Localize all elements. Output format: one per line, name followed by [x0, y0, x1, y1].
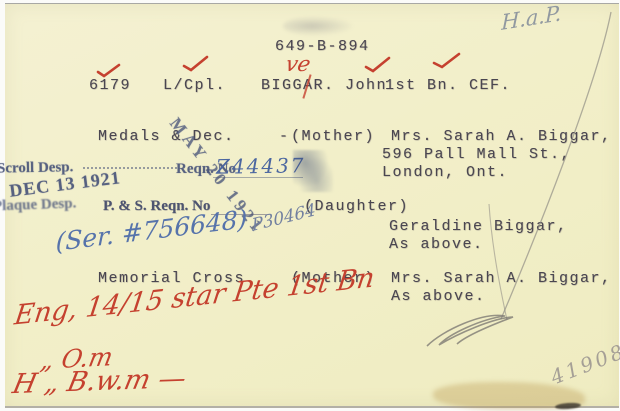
red-checkmark-icon: [431, 51, 463, 70]
red-checkmark-icon: [363, 55, 393, 74]
recipient-name-line: As above.: [391, 288, 486, 305]
recipient-address-line: London, Ont.: [382, 164, 508, 181]
medals-label: Medals & Dec.: [98, 128, 235, 145]
unit: 1st Bn. CEF.: [385, 77, 511, 94]
recipient-name-line: Geraldine Biggar,: [389, 218, 568, 235]
relation-label-mother: (Mother): [291, 128, 375, 145]
recipient-address-line: 596 Pall Mall St.,: [382, 146, 571, 163]
p-number-handwriting: P30464: [251, 200, 317, 236]
red-checkmark-icon: [181, 54, 211, 73]
rank: L/Cpl.: [163, 77, 226, 94]
plaque-desp-stamp: Plaque Desp.: [0, 196, 77, 216]
recipient-name-line: As above.: [389, 236, 484, 253]
recipient-name-line: Mrs. Sarah A. Biggar,: [391, 270, 612, 287]
dash-mark: -: [279, 128, 290, 145]
reqn-number-handwriting: Z44437: [216, 153, 306, 179]
pencil-number: 41908: [547, 339, 620, 390]
corner-note-handwriting: H.a.P.: [501, 1, 561, 35]
stamp-underline: [213, 177, 303, 178]
dark-edge-mark: [555, 402, 581, 410]
red-checkmark-icon: [95, 62, 123, 79]
relation-label-daughter: (Daughter): [304, 198, 409, 215]
stamp-leader-line: [83, 166, 177, 169]
red-note-line3: H „ B.w.m —: [10, 363, 189, 400]
scanned-card-viewport: H.a.P. 649-B-894 6179 L/Cpl. BIGGAR. Joh…: [0, 0, 620, 411]
recipient-address-line: Mrs. Sarah A. Biggar,: [391, 128, 612, 145]
index-card: H.a.P. 649-B-894 6179 L/Cpl. BIGGAR. Joh…: [5, 3, 619, 408]
ink-smudge: [283, 16, 355, 36]
service-number: 6179: [89, 77, 131, 94]
name-correction-mark: ve: [283, 52, 312, 76]
soldier-name: BIGGAR. John: [261, 77, 387, 94]
